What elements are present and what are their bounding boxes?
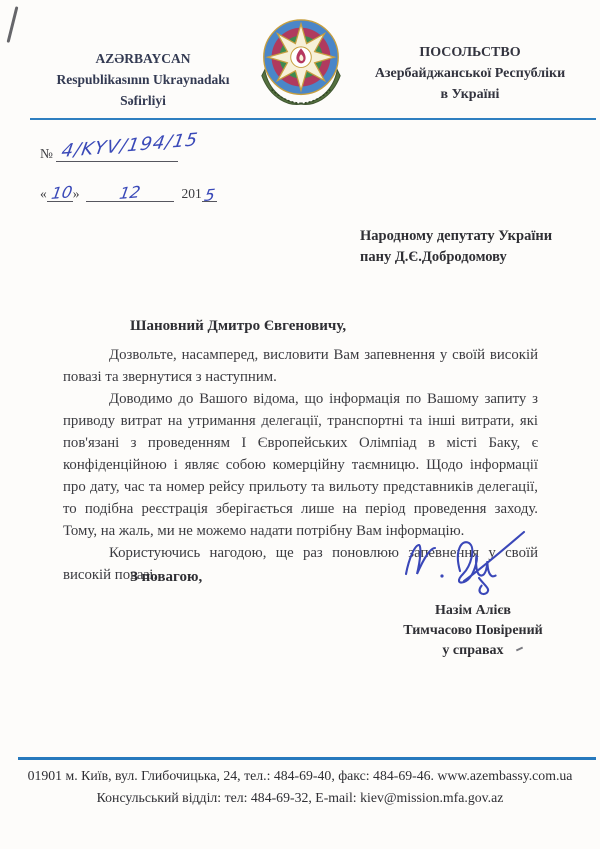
embassy-name-ukrainian: ПОСОЛЬСТВО Азербайджанської Республіки в… (350, 42, 590, 105)
embassy-name-azerbaijani: AZƏRBAYCAN Respublikasının Ukraynadakı S… (36, 48, 250, 111)
handwritten-year-digit: 5 (203, 185, 216, 205)
valediction: З повагою, (130, 569, 202, 586)
header-divider-rule (30, 118, 596, 120)
header-left-line1: AZƏRBAYCAN (36, 48, 250, 69)
header-left-line3: Səfirliyi (36, 90, 250, 111)
handwritten-signature-icon (392, 520, 548, 602)
body-paragraph-1: Дозвольте, насамперед, висловити Вам зап… (63, 344, 538, 388)
reference-number-blank: 4/KYV/194/15 (56, 136, 178, 162)
footer-contacts: 01901 м. Київ, вул. Глибочицька, 24, тел… (0, 765, 600, 809)
reference-number-label: № (40, 146, 53, 162)
signer-title-line1: Тимчасово Повірений (393, 621, 553, 641)
scan-artifact-line (7, 6, 18, 43)
date-row: « 10 » 12 201 5 (40, 180, 217, 202)
handwritten-reference-number: 4/KYV/194/15 (60, 129, 200, 162)
header-right-line1: ПОСОЛЬСТВО (350, 42, 590, 63)
signer-title-line2: у справах (393, 641, 553, 661)
reference-number-row: № 4/KYV/194/15 (40, 136, 178, 162)
signer-name: Назім Алієв (393, 601, 553, 621)
footer-consular-line: Консульський відділ: тел: 484-69-32, E-m… (0, 787, 600, 809)
date-year-blank: 5 (202, 180, 217, 202)
header-right-line3: в Україні (350, 84, 590, 105)
date-close-quote: » (73, 186, 80, 202)
header-right-line2: Азербайджанської Республіки (350, 63, 590, 84)
recipient-line2: пану Д.Є.Добродомову (360, 247, 552, 268)
signer-block: Назім Алієв Тимчасово Повірений у справа… (393, 601, 553, 661)
date-day-blank: 10 (47, 180, 73, 202)
date-year-printed: 201 (182, 186, 202, 202)
salutation: Шановний Дмитро Євгеновичу, (130, 318, 346, 335)
azerbaijan-emblem-icon (252, 12, 350, 116)
body-paragraph-2: Доводимо до Вашого відома, що інформація… (63, 388, 538, 542)
handwritten-month: 12 (118, 182, 142, 203)
footer-divider-rule (18, 757, 596, 760)
letter-page: AZƏRBAYCAN Respublikasının Ukraynadakı S… (0, 0, 600, 849)
recipient-line1: Народному депутату України (360, 226, 552, 247)
date-open-quote: « (40, 186, 47, 202)
date-month-blank: 12 (86, 180, 174, 202)
recipient-block: Народному депутату України пану Д.Є.Добр… (360, 226, 552, 268)
handwritten-day: 10 (50, 182, 74, 203)
header-left-line2: Respublikasının Ukraynadakı (36, 69, 250, 90)
footer-address-line: 01901 м. Київ, вул. Глибочицька, 24, тел… (0, 765, 600, 787)
